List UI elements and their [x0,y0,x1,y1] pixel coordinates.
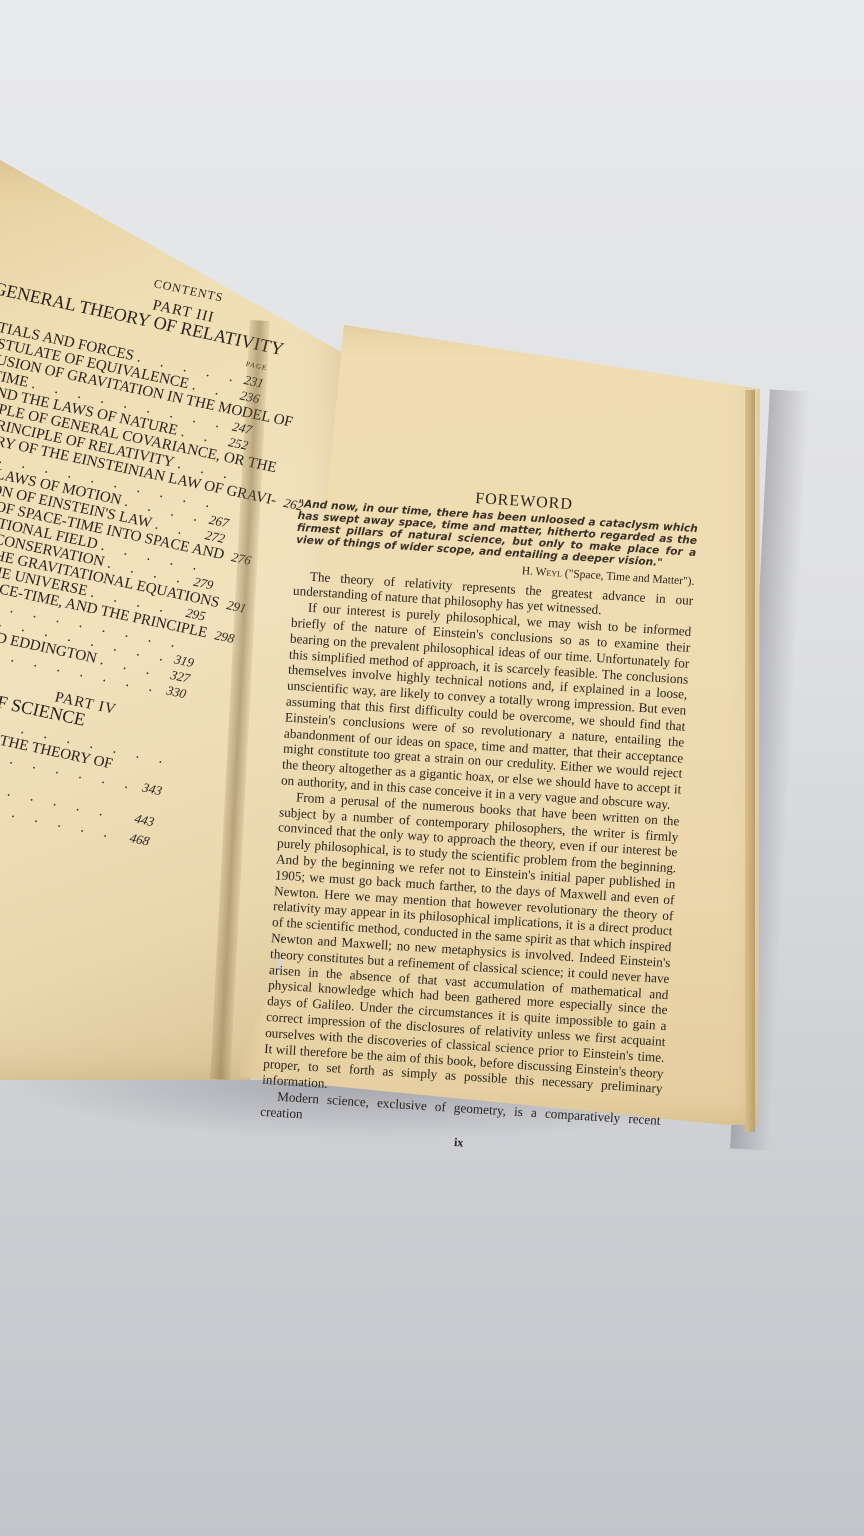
page-edge [745,390,755,1132]
paragraph: From a perusal of the numerous books tha… [262,788,680,1113]
paragraph: If our interest is purely philosophical,… [281,599,692,813]
photo-scene: CONTENTS PART III E GENERAL THEORY OF RE… [0,0,864,1536]
foreword-text: FOREWORD "And now, in our time, there ha… [259,480,700,1164]
